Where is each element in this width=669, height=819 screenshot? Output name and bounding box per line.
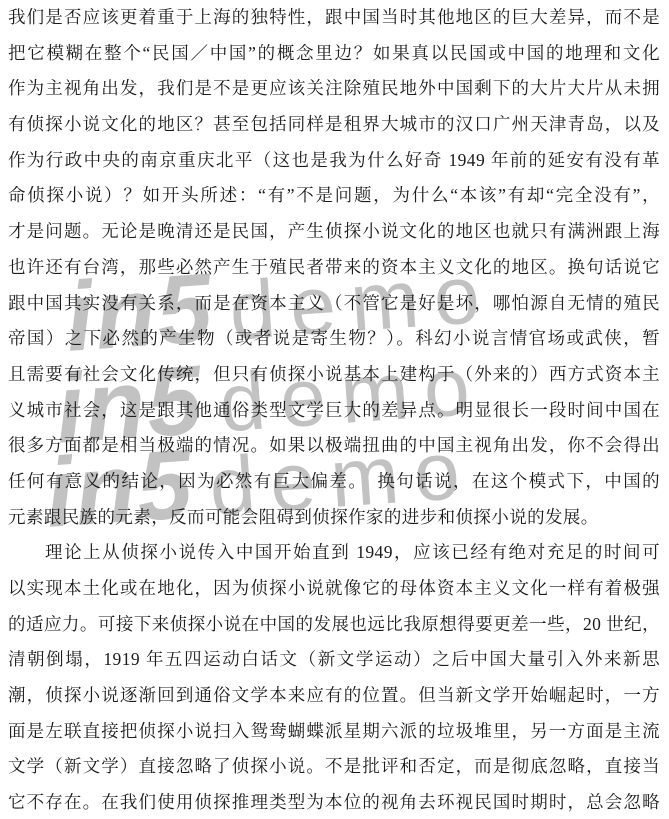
text-line: 作为行政中央的南京重庆北平（这也是我为什么好奇 1949 年前的延安有没有革 [8,143,660,179]
text-line: 帝国）之下必然的产生物（或者说是寄生物？）。科幻小说言情官场或武侠，暂 [8,321,660,357]
text-line: 清朝倒塌，1919 年五四运动白话文（新文学运动）之后中国大量引入外来新思 [8,642,660,678]
text-line: 才是问题。无论是晚清还是民国，产生侦探小说文化的地区也就只有满洲跟上海 [8,214,660,250]
text-line: 我们是否应该更着重于上海的独特性，跟中国当时其他地区的巨大差异，而不是 [8,0,660,36]
text-line: 跟中国其实没有关系，而是在资本主义（不管它是好是坏，哪怕源自无情的殖民 [8,286,660,322]
text-line: 也许还有台湾，那些必然产生于殖民者带来的资本主义文化的地区。换句话说它 [8,250,660,286]
document-text: 我们是否应该更着重于上海的独特性，跟中国当时其他地区的巨大差异，而不是把它模糊在… [8,0,660,819]
text-line: 义城市社会，这是跟其他通俗类型文学巨大的差异点。明显很长一段时间中国在 [8,393,660,429]
text-line: 有侦探小说文化的地区？甚至包括同样是租界大城市的汉口广州天津青岛，以及 [8,107,660,143]
document-page: in5demoin5demoin5demo 我们是否应该更着重于上海的独特性，跟… [0,0,669,819]
text-line: 潮，侦探小说逐渐回到通俗文学本来应有的位置。但当新文学开始崛起时，一方 [8,678,660,714]
text-line: 面是左联直接把侦探小说扫入鸳鸯蝴蝶派星期六派的垃圾堆里，另一方面是主流 [8,714,660,750]
text-line: 把它模糊在整个“民国／中国”的概念里边？如果真以民国或中国的地理和文化 [8,36,660,72]
text-line: 的适应力。可接下来侦探小说在中国的发展也远比我原想得要更差一些，20 世纪， [8,607,660,643]
text-line: 它不存在。在我们使用侦探推理类型为本位的视角去环视民国时期时，总会忽略 [8,785,660,819]
text-line: 元素跟民族的元素，反而可能会阻碍到侦探作家的进步和侦探小说的发展。 [8,500,660,536]
text-line: 以实现本土化或在地化，因为侦探小说就像它的母体资本主义文化一样有着极强 [8,571,660,607]
text-line: 理论上从侦探小说传入中国开始直到 1949，应该已经有绝对充足的时间可 [8,535,660,571]
text-line: 很多方面都是相当极端的情况。如果以极端扭曲的中国主视角出发，你不会得出 [8,428,660,464]
text-line: 且需要有社会文化传统，但只有侦探小说基本上建构于（外来的）西方式资本主 [8,357,660,393]
text-line: 命侦探小说）？如开头所述：“有”不是问题，为什么“本该”有却“完全没有”， [8,178,660,214]
text-line: 作为主视角出发，我们是不是更应该关注除殖民地外中国剩下的大片大片从未拥 [8,71,660,107]
text-line: 文学（新文学）直接忽略了侦探小说。不是批评和否定，而是彻底忽略，直接当 [8,749,660,785]
text-line: 任何有意义的结论，因为必然有巨大偏差。 换句话说，在这个模式下，中国的 [8,464,660,500]
